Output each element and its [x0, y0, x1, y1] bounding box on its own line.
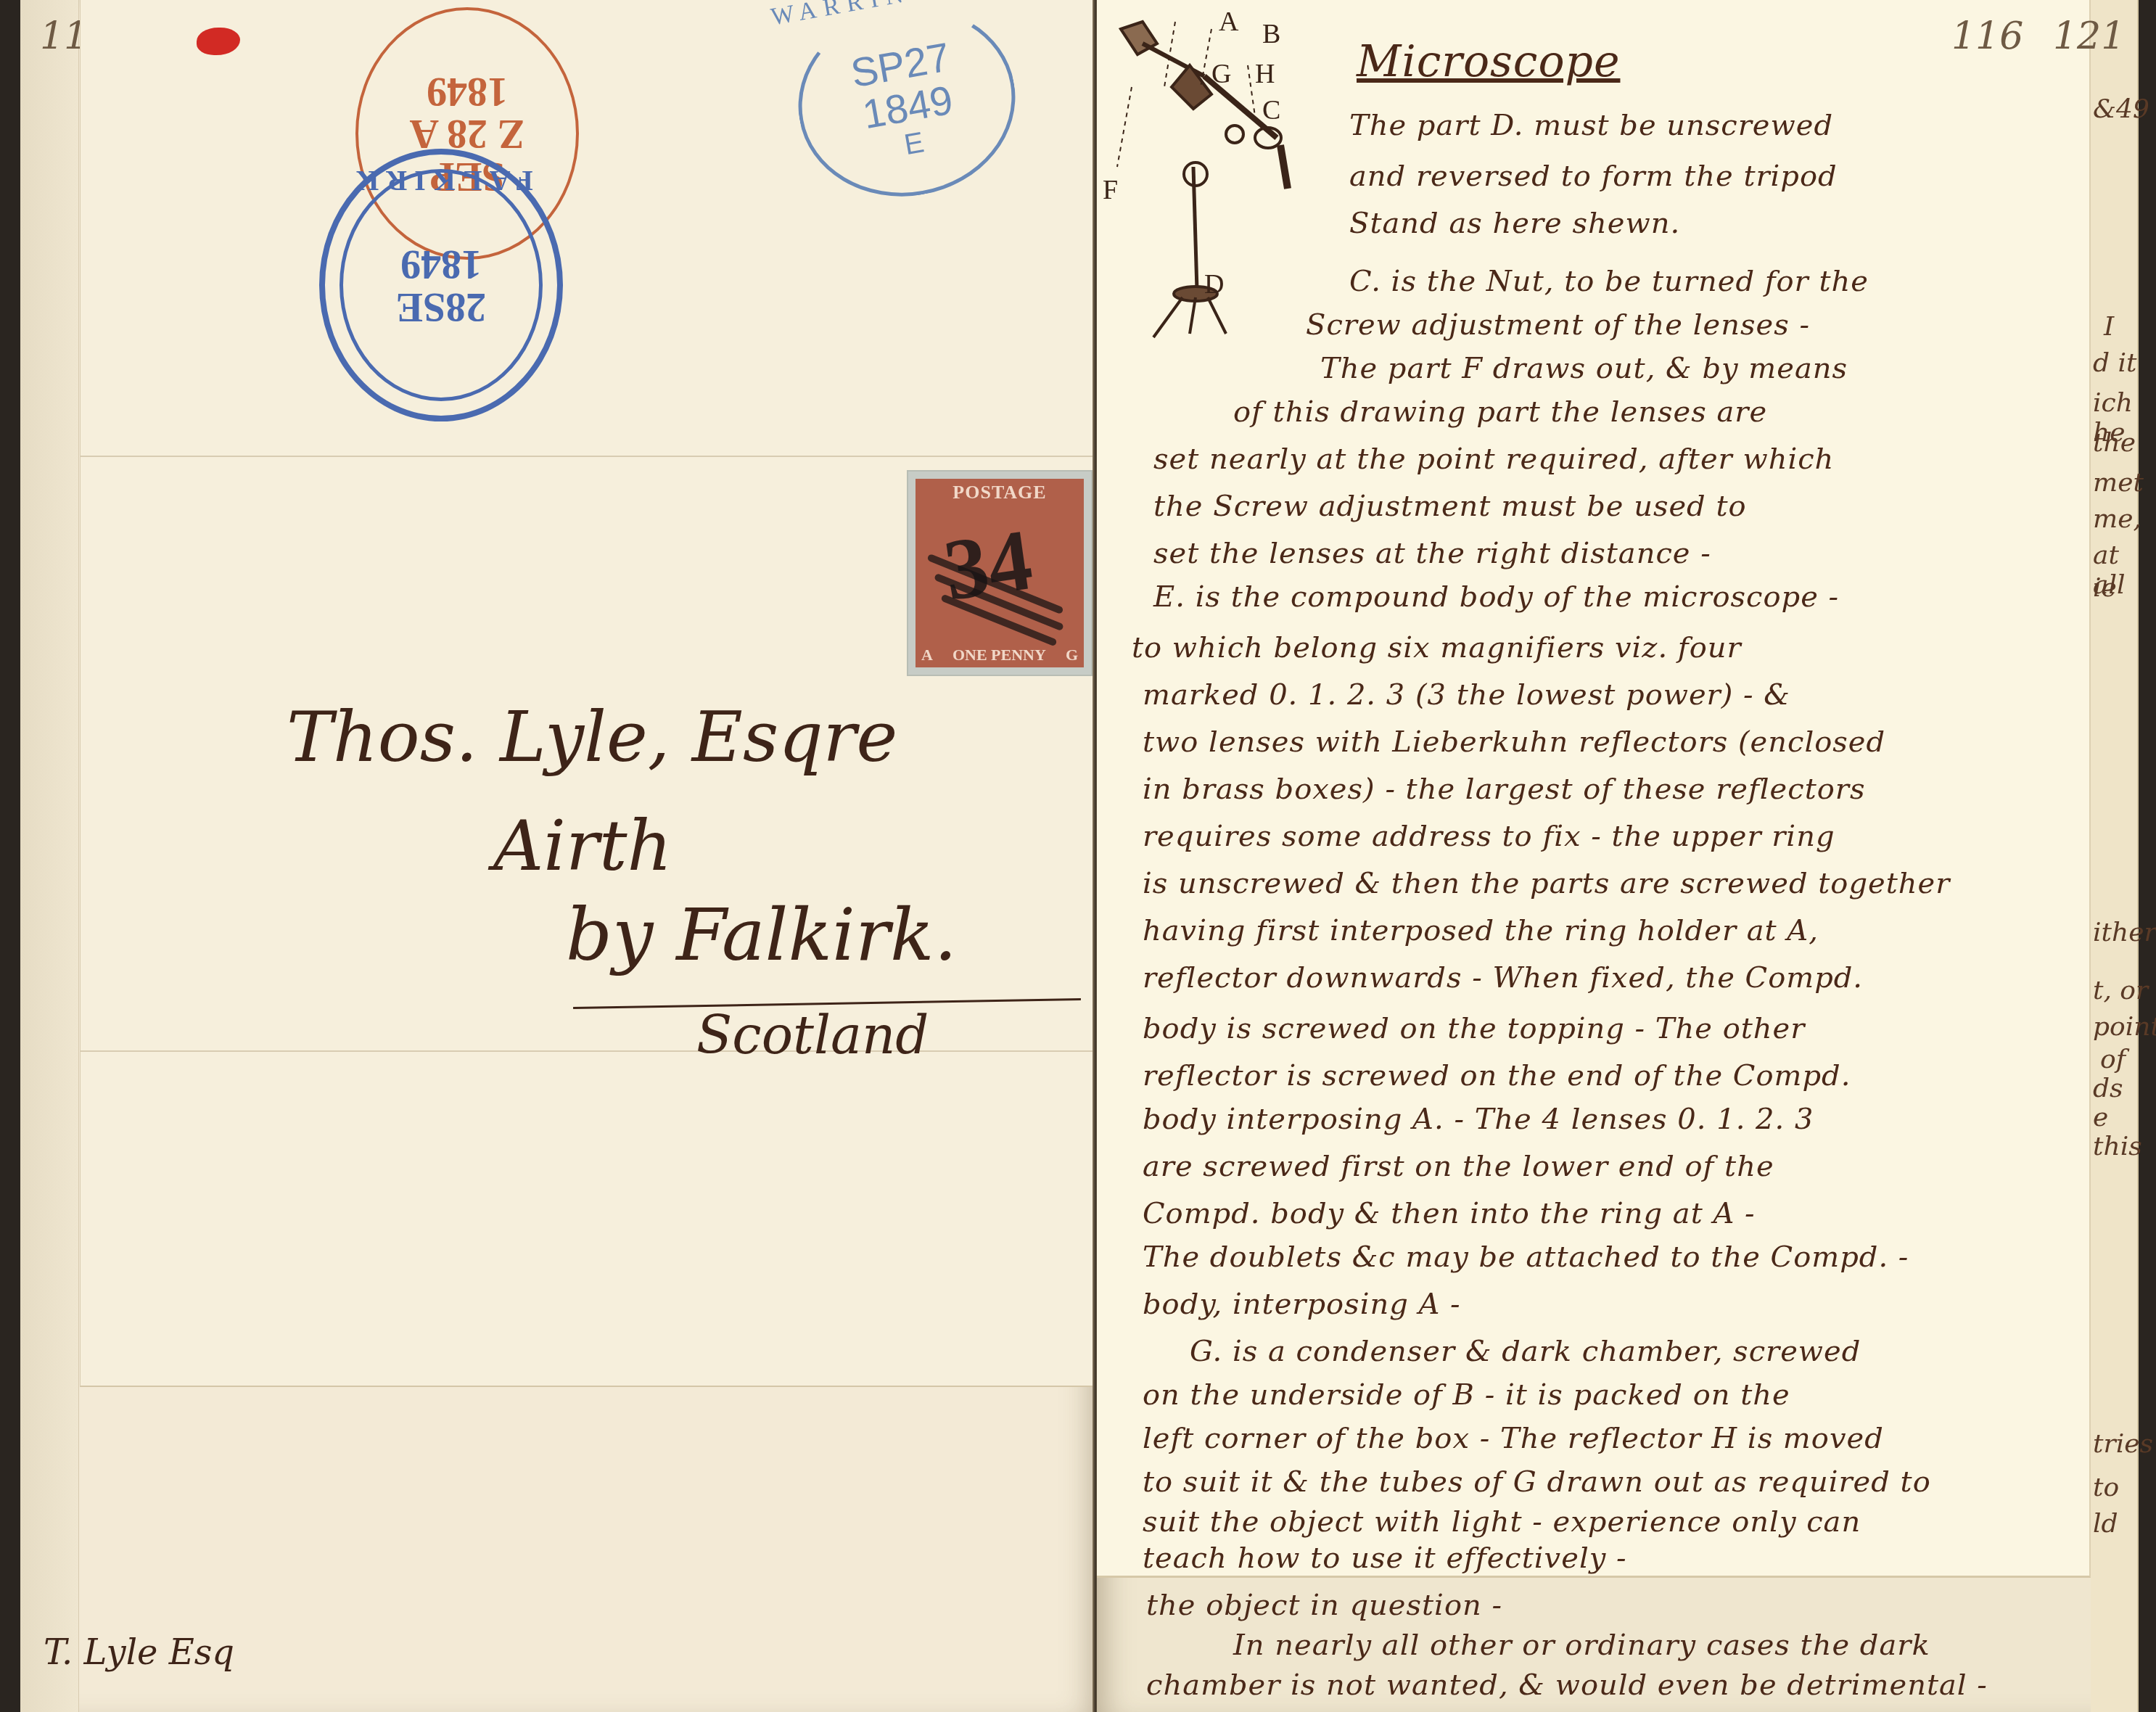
text-line: of this drawing part the lenses are	[1233, 395, 1767, 429]
postmark-text: E	[902, 127, 926, 160]
text-line: reflector is screwed on the end of the C…	[1143, 1059, 1851, 1092]
address-post-town: by Falkirk.	[566, 892, 957, 977]
margin-fragment: ds	[2093, 1074, 2123, 1103]
page-edge-stack	[20, 0, 79, 1712]
margin-fragment: e	[2093, 1103, 2108, 1132]
text-line: requires some address to fix - the upper…	[1143, 820, 1835, 853]
text-line-underlying: the object in question -	[1146, 1589, 1502, 1622]
diagram-label-b: B	[1262, 18, 1280, 50]
margin-fragment: d it	[2093, 348, 2136, 378]
text-line: set the lenses at the right distance -	[1153, 537, 1711, 570]
stamp-bottom-row: A ONE PENNY G	[916, 646, 1084, 664]
stamp-face: POSTAGE 34 A ONE PENNY G	[916, 479, 1084, 667]
text-line: teach how to use it effectively -	[1143, 1542, 1627, 1575]
text-line: to which belong six magnifiers viz. four	[1132, 631, 1742, 664]
text-line: Compd. body & then into the ring at A -	[1143, 1197, 1756, 1230]
text-line: to suit it & the tubes of G drawn out as…	[1143, 1465, 1931, 1499]
text-line: E. is the compound body of the microscop…	[1153, 580, 1839, 614]
margin-fragment: this	[2093, 1132, 2142, 1161]
postmark-ring	[340, 169, 543, 401]
microscope-diagram	[1110, 0, 1328, 363]
stamp-corner-letter: G	[1066, 646, 1078, 664]
text-line: the Screw adjustment must be used to	[1153, 490, 1747, 523]
text-line: C. is the Nut, to be turned for the	[1349, 265, 1869, 298]
wax-seal-remnant	[197, 28, 240, 55]
postmark-text: Z 28 A	[410, 112, 525, 155]
text-line: having first interposed the ring holder …	[1143, 914, 1819, 947]
diagram-label-c: C	[1262, 94, 1280, 126]
margin-fragment: tries	[2093, 1429, 2153, 1459]
penny-red-stamp: POSTAGE 34 A ONE PENNY G	[907, 470, 1093, 676]
envelope-cover	[80, 0, 1093, 1387]
margin-fragment: I	[2104, 312, 2114, 342]
diagram-label-f: F	[1103, 174, 1118, 206]
text-line: marked 0. 1. 2. 3 (3 the lowest power) -…	[1143, 678, 1790, 712]
diagram-label-h: H	[1255, 58, 1275, 90]
text-line: body interposing A. - The 4 lenses 0. 1.…	[1143, 1103, 1814, 1136]
text-line: and reversed to form the tripod	[1349, 160, 1838, 193]
fold-line	[81, 1050, 1093, 1052]
margin-fragment: me,	[2093, 504, 2141, 534]
postmark-arc-text: FALKIRK	[349, 164, 533, 198]
text-line: in brass boxes) - the largest of these r…	[1143, 773, 1865, 806]
margin-fragment: of	[2100, 1045, 2126, 1074]
text-line-underlying: chamber is not wanted, & would even be d…	[1146, 1668, 1988, 1702]
page-number-underlying: 121	[2053, 15, 2125, 58]
address-country: Scotland	[696, 1005, 929, 1066]
text-line: is unscrewed & then the parts are screwe…	[1143, 867, 1950, 900]
signature: T. Lyle Esq	[44, 1632, 234, 1673]
text-line: body is screwed on the topping - The oth…	[1143, 1012, 1805, 1045]
margin-fragment: ie	[2093, 573, 2117, 603]
margin-fragment: point,	[2093, 1012, 2156, 1042]
postmark-falkirk: FALKIRK 28SE 1849	[319, 149, 563, 421]
stamp-top-text: POSTAGE	[916, 482, 1084, 503]
margin-fragment: &49	[2093, 94, 2149, 124]
page-title: Microscope	[1357, 36, 1620, 87]
text-line: are screwed first on the lower end of th…	[1143, 1150, 1774, 1183]
margin-fragment: ither	[2093, 918, 2156, 947]
text-line: G. is a condenser & dark chamber, screwe…	[1190, 1335, 1861, 1368]
margin-fragment: ld	[2093, 1509, 2118, 1539]
fold-line	[81, 456, 1093, 457]
diagram-label-g: G	[1211, 58, 1231, 90]
stamp-corner-letter: A	[921, 646, 933, 664]
text-line: set nearly at the point required, after …	[1153, 443, 1834, 476]
margin-fragment: the	[2093, 428, 2136, 458]
text-line: suit the object with light - experience …	[1143, 1505, 1861, 1539]
text-line: The doublets &c may be attached to the C…	[1143, 1240, 1909, 1274]
text-line: on the underside of B - it is packed on …	[1143, 1378, 1790, 1412]
address-name: Thos. Lyle, Esqre	[287, 696, 897, 778]
text-line: reflector downwards - When fixed, the Co…	[1143, 961, 1863, 995]
diagram-label-d: D	[1204, 268, 1224, 300]
margin-fragment: met	[2093, 468, 2144, 498]
stamp-value-text: ONE PENNY	[952, 646, 1046, 664]
text-line: The part F draws out, & by means	[1320, 352, 1848, 385]
diagram-label-a: A	[1219, 6, 1238, 38]
address-town: Airth	[493, 805, 672, 886]
text-line: body, interposing A -	[1143, 1288, 1461, 1321]
text-line: left corner of the box - The reflector H…	[1143, 1422, 1884, 1455]
postmark-text: 1849	[427, 70, 508, 112]
page-number-right: 116	[1951, 15, 2023, 58]
text-line: The part D. must be unscrewed	[1349, 109, 1833, 142]
text-line: Stand as here shewn.	[1349, 207, 1680, 240]
margin-fragment: t, or	[2093, 976, 2148, 1005]
text-line-underlying: In nearly all other or ordinary cases th…	[1233, 1629, 1930, 1662]
margin-fragment: to	[2093, 1473, 2119, 1502]
text-line: two lenses with Lieberkuhn reflectors (e…	[1143, 725, 1885, 759]
text-line: Screw adjustment of the lenses -	[1306, 308, 1810, 342]
